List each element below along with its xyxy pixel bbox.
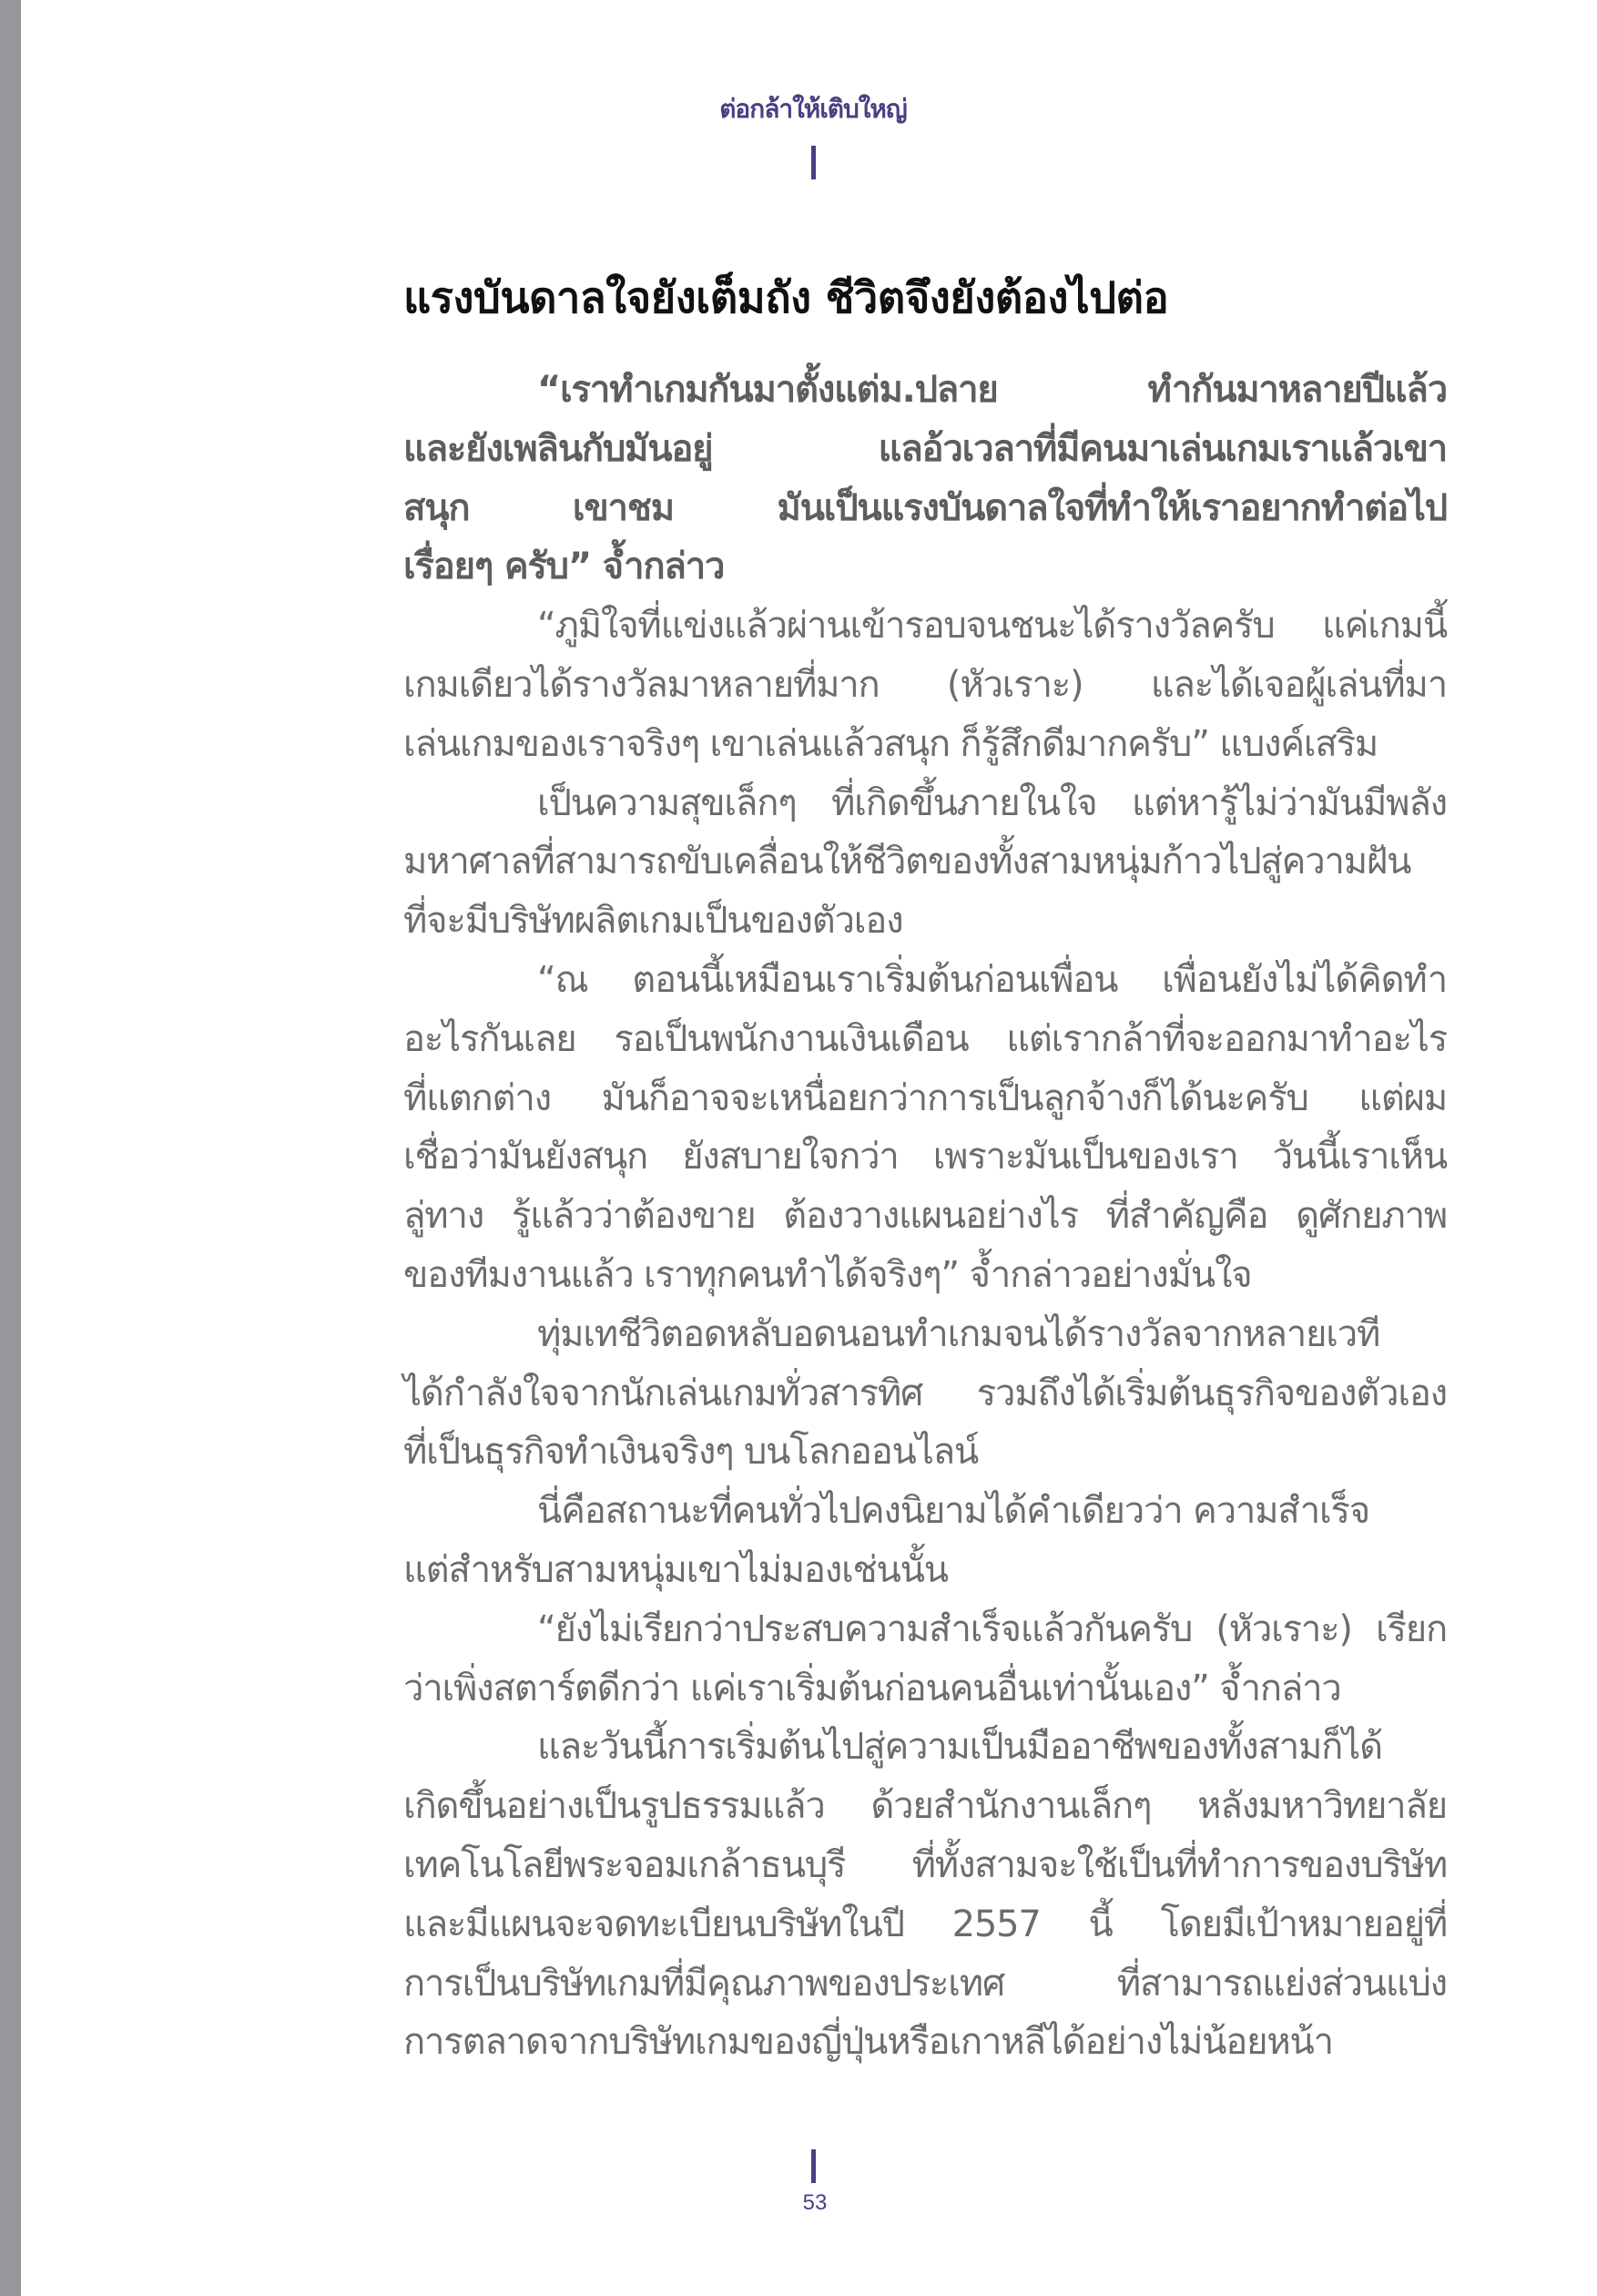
text-line: การตลาดจากบริษัทเกมของญี่ปุ่นหรือเกาหลีไ… xyxy=(403,2013,1447,2072)
paragraph: เป็นความสุขเล็กๆ ที่เกิดขึ้นภายในใจ แต่ห… xyxy=(403,774,1447,951)
text-line: ของทีมงานแล้ว เราทุกคนทำได้จริงๆ” จ้ำกล่… xyxy=(403,1246,1447,1305)
text-line: มหาศาลที่สามารถขับเคลื่อนให้ชีวิตของทั้ง… xyxy=(403,832,1447,892)
text-line: การเป็นบริษัทเกมที่มีคุณภาพของประเทศ ที่… xyxy=(403,1954,1447,2014)
text-line: ที่จะมีบริษัทผลิตเกมเป็นของตัวเอง xyxy=(403,892,1447,951)
footer-rule xyxy=(811,2149,816,2183)
paragraph: ทุ่มเทชีวิตอดหลับอดนอนทำเกมจนได้รางวัลจา… xyxy=(403,1305,1447,1482)
text-line: แต่สำหรับสามหนุ่มเขาไม่มองเช่นนั้น xyxy=(403,1541,1447,1600)
paragraph: “ภูมิใจที่แข่งแล้วผ่านเข้ารอบจนชนะได้ราง… xyxy=(403,597,1447,773)
text-line: และยังเพลินกับมันอยู่ แลอ้วเวลาที่มีคนมา… xyxy=(403,420,1447,479)
header-rule xyxy=(811,146,816,179)
paragraph: และวันนี้การเริ่มต้นไปสู่ความเป็นมืออาชี… xyxy=(403,1718,1447,2072)
text-line: เทคโนโลยีพระจอมเกล้าธนบุรี ที่ทั้งสามจะใ… xyxy=(403,1836,1447,1895)
article-title: แรงบันดาลใจยังเต็มถัง ชีวิตจึงยังต้องไปต… xyxy=(403,267,1496,331)
text-line: เกมเดียวได้รางวัลมาหลายที่มาก (หัวเราะ) … xyxy=(403,656,1447,715)
text-line: ได้กำลังใจจากนักเล่นเกมทั่วสารทิศ รวมถึง… xyxy=(403,1364,1447,1424)
text-line: เป็นความสุขเล็กๆ ที่เกิดขึ้นภายในใจ แต่ห… xyxy=(403,774,1447,833)
text-line: อะไรกันเลย รอเป็นพนักงานเงินเดือน แต่เรา… xyxy=(403,1010,1447,1069)
page-edge-strip xyxy=(0,0,21,2296)
text-line: ว่าเพิ่งสตาร์ตดีกว่า แค่เราเริ่มต้นก่อนค… xyxy=(403,1659,1447,1719)
text-line: และมีแผนจะจดทะเบียนบริษัทในปี 2557 นี้ โ… xyxy=(403,1895,1447,1954)
text-line: เชื่อว่ามันยังสนุก ยังสบายใจกว่า เพราะมั… xyxy=(403,1128,1447,1187)
paragraph: นี่คือสถานะที่คนทั่วไปคงนิยามได้คำเดียวว… xyxy=(403,1482,1447,1600)
text-line: ที่เป็นธุรกิจทำเงินจริงๆ บนโลกออนไลน์ xyxy=(403,1423,1447,1482)
text-line: ที่แตกต่าง มันก็อาจจะเหนื่อยกว่าการเป็นล… xyxy=(403,1069,1447,1128)
article-body: “เราทำเกมกันมาตั้งแต่ม.ปลาย ทำกันมาหลายป… xyxy=(403,361,1447,2072)
text-line: ทุ่มเทชีวิตอดหลับอดนอนทำเกมจนได้รางวัลจา… xyxy=(403,1305,1447,1364)
text-line: นี่คือสถานะที่คนทั่วไปคงนิยามได้คำเดียวว… xyxy=(403,1482,1447,1541)
text-line: “ยังไม่เรียกว่าประสบความสำเร็จแล้วกันครั… xyxy=(403,1600,1447,1659)
text-line: เรื่อยๆ ครับ” จ้ำกล่าว xyxy=(403,537,1447,597)
text-line: “ภูมิใจที่แข่งแล้วผ่านเข้ารอบจนชนะได้ราง… xyxy=(403,597,1447,656)
paragraph: “ยังไม่เรียกว่าประสบความสำเร็จแล้วกันครั… xyxy=(403,1600,1447,1719)
text-line: “เราทำเกมกันมาตั้งแต่ม.ปลาย ทำกันมาหลายป… xyxy=(403,361,1447,420)
text-line: ลู่ทาง รู้แล้วว่าต้องขาย ต้องวางแผนอย่าง… xyxy=(403,1187,1447,1246)
text-line: เล่นเกมของเราจริงๆ เขาเล่นแล้วสนุก ก็รู้… xyxy=(403,715,1447,774)
page-number: 53 xyxy=(768,2189,862,2217)
text-line: เกิดขึ้นอย่างเป็นรูปธรรมแล้ว ด้วยสำนักงา… xyxy=(403,1777,1447,1836)
text-line: “ณ ตอนนี้เหมือนเราเริ่มต้นก่อนเพื่อน เพื… xyxy=(403,951,1447,1010)
paragraph-lead-quote: “เราทำเกมกันมาตั้งแต่ม.ปลาย ทำกันมาหลายป… xyxy=(403,361,1447,597)
running-head: ต่อกล้าให้เติบใหญ่ xyxy=(0,91,1597,128)
paragraph: “ณ ตอนนี้เหมือนเราเริ่มต้นก่อนเพื่อน เพื… xyxy=(403,951,1447,1305)
text-line: สนุก เขาชม มันเป็นแรงบันดาลใจที่ทำให้เรา… xyxy=(403,479,1447,538)
text-line: และวันนี้การเริ่มต้นไปสู่ความเป็นมืออาชี… xyxy=(403,1718,1447,1777)
